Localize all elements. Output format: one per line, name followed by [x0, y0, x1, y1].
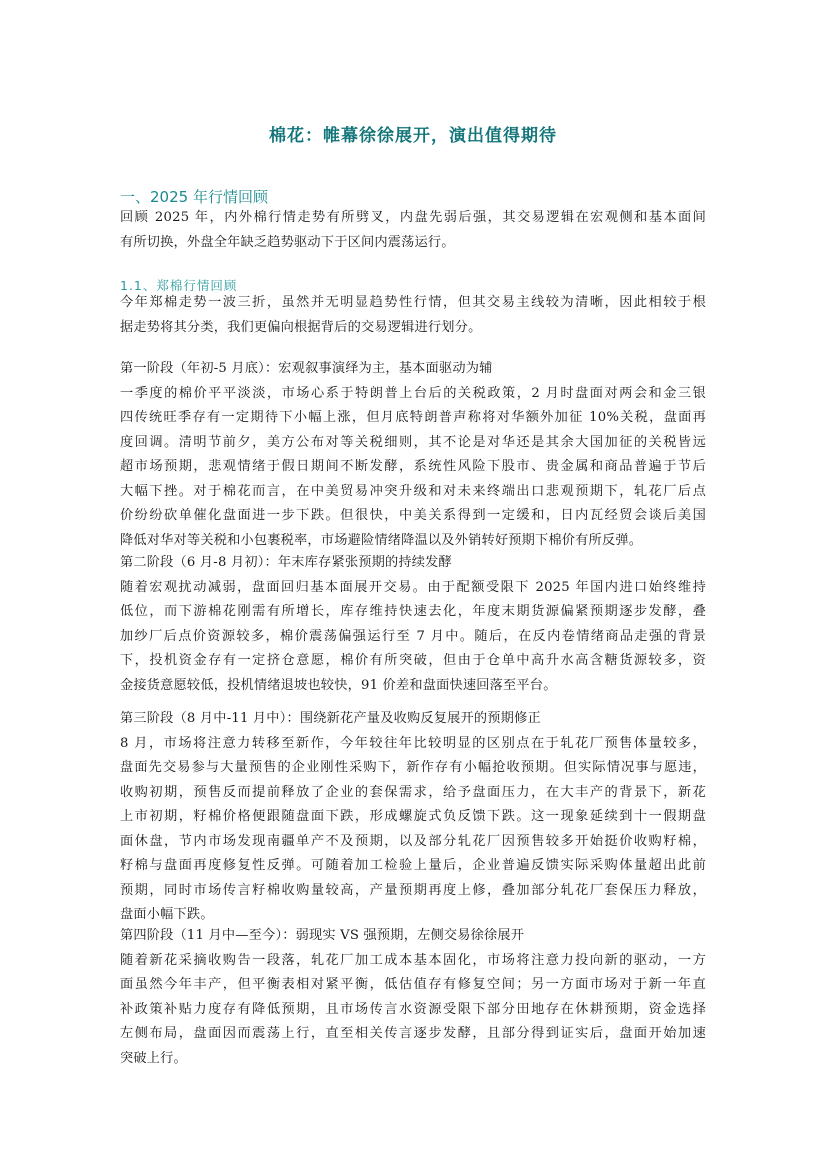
text-line: 今年郑棉走势一波三折，虽然并无明显趋势性行情，但其交易主线较为清晰，因此相较于根: [120, 291, 706, 316]
section-heading-2025-review: 一、2025 年行情回顾: [120, 186, 268, 207]
text-line: 低位，而下游棉花刚需有所增长，库存维持快速去化，年度末期货源偏紧预期逐步发酵，叠: [120, 600, 706, 625]
text-line: 金接货意愿较低，投机情绪退坡也较快，91 价差和盘面快速回落至平台。: [120, 674, 706, 699]
text-line: 超市场预期，悲观情绪于假日期间不断发酵，系统性风险下股市、贵金属和商品普遍于节后: [120, 455, 706, 480]
text-line: 有所切换，外盘全年缺乏趋势驱动下于区间内震荡运行。: [120, 231, 706, 256]
text-line: 据走势将其分类，我们更偏向根据背后的交易逻辑进行划分。: [120, 316, 706, 341]
stage-4-paragraph: 第四阶段（11 月中—至今）：弱现实 VS 强预期，左侧交易徐徐展开 随着新花采…: [120, 924, 706, 1071]
text-line: 面休盘，节内市场发现南疆单产不及预期，以及部分轧花厂因预售较多开始挺价收购籽棉，: [120, 830, 706, 855]
text-line: 随着新花采摘收购告一段落，轧花厂加工成本基本固化，市场将注意力投向新的驱动，一方: [120, 949, 706, 974]
document-title: 棉花：帷幕徐徐展开，演出值得期待: [0, 121, 826, 146]
text-line: 8 月，市场将注意力转移至新作，今年较往年比较明显的区别点在于轧花厂预售体量较多…: [120, 732, 706, 757]
text-line: 收购初期，预售反而提前释放了企业的套保需求，给予盘面压力，在大丰产的背景下，新花: [120, 781, 706, 806]
text-line: 面虽然今年丰产，但平衡表相对紧平衡，低估值存有修复空间；另一方面市场对于新一年直: [120, 973, 706, 998]
text-line: 上市初期，籽棉价格便跟随盘面下跌，形成螺旋式负反馈下跌。这一现象延续到十一假期盘: [120, 805, 706, 830]
text-line: 盘面先交易参与大量预售的企业刚性采购下，新作存有小幅抢收预期。但实际情况事与愿违…: [120, 756, 706, 781]
text-line: 大幅下挫。对于棉花而言，在中美贸易冲突升级和对未来终端出口悲观预期下，轧花厂后点: [120, 480, 706, 505]
text-line: 度回调。清明节前夕，美方公布对等关税细则，其不论是对华还是其余大国加征的关税皆远: [120, 431, 706, 456]
text-line: 价纷纷砍单催化盘面进一步下跌。但很快，中美关系得到一定缓和，日内瓦经贸会谈后美国: [120, 504, 706, 529]
stage-heading: 第二阶段（6 月-8 月初）：年末库存紧张预期的持续发酵: [120, 551, 706, 576]
text-line: 补政策补贴力度存有降低预期，且市场传言水资源受限下部分田地存在休耕预期，资金选择: [120, 998, 706, 1023]
text-line: 左侧布局，盘面因而震荡上行，直至相关传言逐步发酵，且部分得到证实后，盘面开始加速: [120, 1022, 706, 1047]
stage-heading: 第三阶段（8 月中-11 月中）：围绕新花产量及收购反复展开的预期修正: [120, 707, 706, 732]
document-page: 棉花：帷幕徐徐展开，演出值得期待 一、2025 年行情回顾 回顾 2025 年，…: [0, 0, 826, 1169]
stage-2-paragraph: 第二阶段（6 月-8 月初）：年末库存紧张预期的持续发酵 随着宏观扰动减弱，盘面…: [120, 551, 706, 698]
stage-heading: 第一阶段（年初-5 月底）：宏观叙事演绎为主，基本面驱动为辅: [120, 357, 706, 382]
text-line: 四传统旺季存有一定期待下小幅上涨，但月底特朗普声称将对华额外加征 10%关税，盘…: [120, 406, 706, 431]
text-line: 籽棉与盘面再度修复性反弹。可随着加工检验上量后，企业普遍反馈实际采购体量超出此前: [120, 854, 706, 879]
stage-3-paragraph: 第三阶段（8 月中-11 月中）：围绕新花产量及收购反复展开的预期修正 8 月，…: [120, 707, 706, 928]
section-intro-paragraph: 回顾 2025 年，内外棉行情走势有所劈叉，内盘先弱后强，其交易逻辑在宏观侧和基…: [120, 206, 706, 255]
text-line: 降低对华对等关税和小包裹税率，市场避险情绪降温以及外销转好预期下棉价有所反弹。: [120, 529, 706, 554]
text-line: 下，投机资金存有一定挤仓意愿，棉价有所突破，但由于仓单中高升水高含糖货源较多，资: [120, 649, 706, 674]
text-line: 回顾 2025 年，内外棉行情走势有所劈叉，内盘先弱后强，其交易逻辑在宏观侧和基…: [120, 206, 706, 231]
text-line: 加纱厂后点价资源较多，棉价震荡偏强运行至 7 月中。随后，在反内卷情绪商品走强的…: [120, 625, 706, 650]
text-line: 随着宏观扰动减弱，盘面回归基本面展开交易。由于配额受限下 2025 年国内进口始…: [120, 576, 706, 601]
stage-1-paragraph: 第一阶段（年初-5 月底）：宏观叙事演绎为主，基本面驱动为辅 一季度的棉价平平淡…: [120, 357, 706, 553]
text-line: 一季度的棉价平平淡淡，市场心系于特朗普上台后的关税政策，2 月时盘面对两会和金三…: [120, 382, 706, 407]
stage-heading: 第四阶段（11 月中—至今）：弱现实 VS 强预期，左侧交易徐徐展开: [120, 924, 706, 949]
text-line: 突破上行。: [120, 1047, 706, 1072]
text-line: 预期，同时市场传言籽棉收购量较高，产量预期再度上修，叠加部分轧花厂套保压力释放，: [120, 879, 706, 904]
subsection-intro-paragraph: 今年郑棉走势一波三折，虽然并无明显趋势性行情，但其交易主线较为清晰，因此相较于根…: [120, 291, 706, 340]
